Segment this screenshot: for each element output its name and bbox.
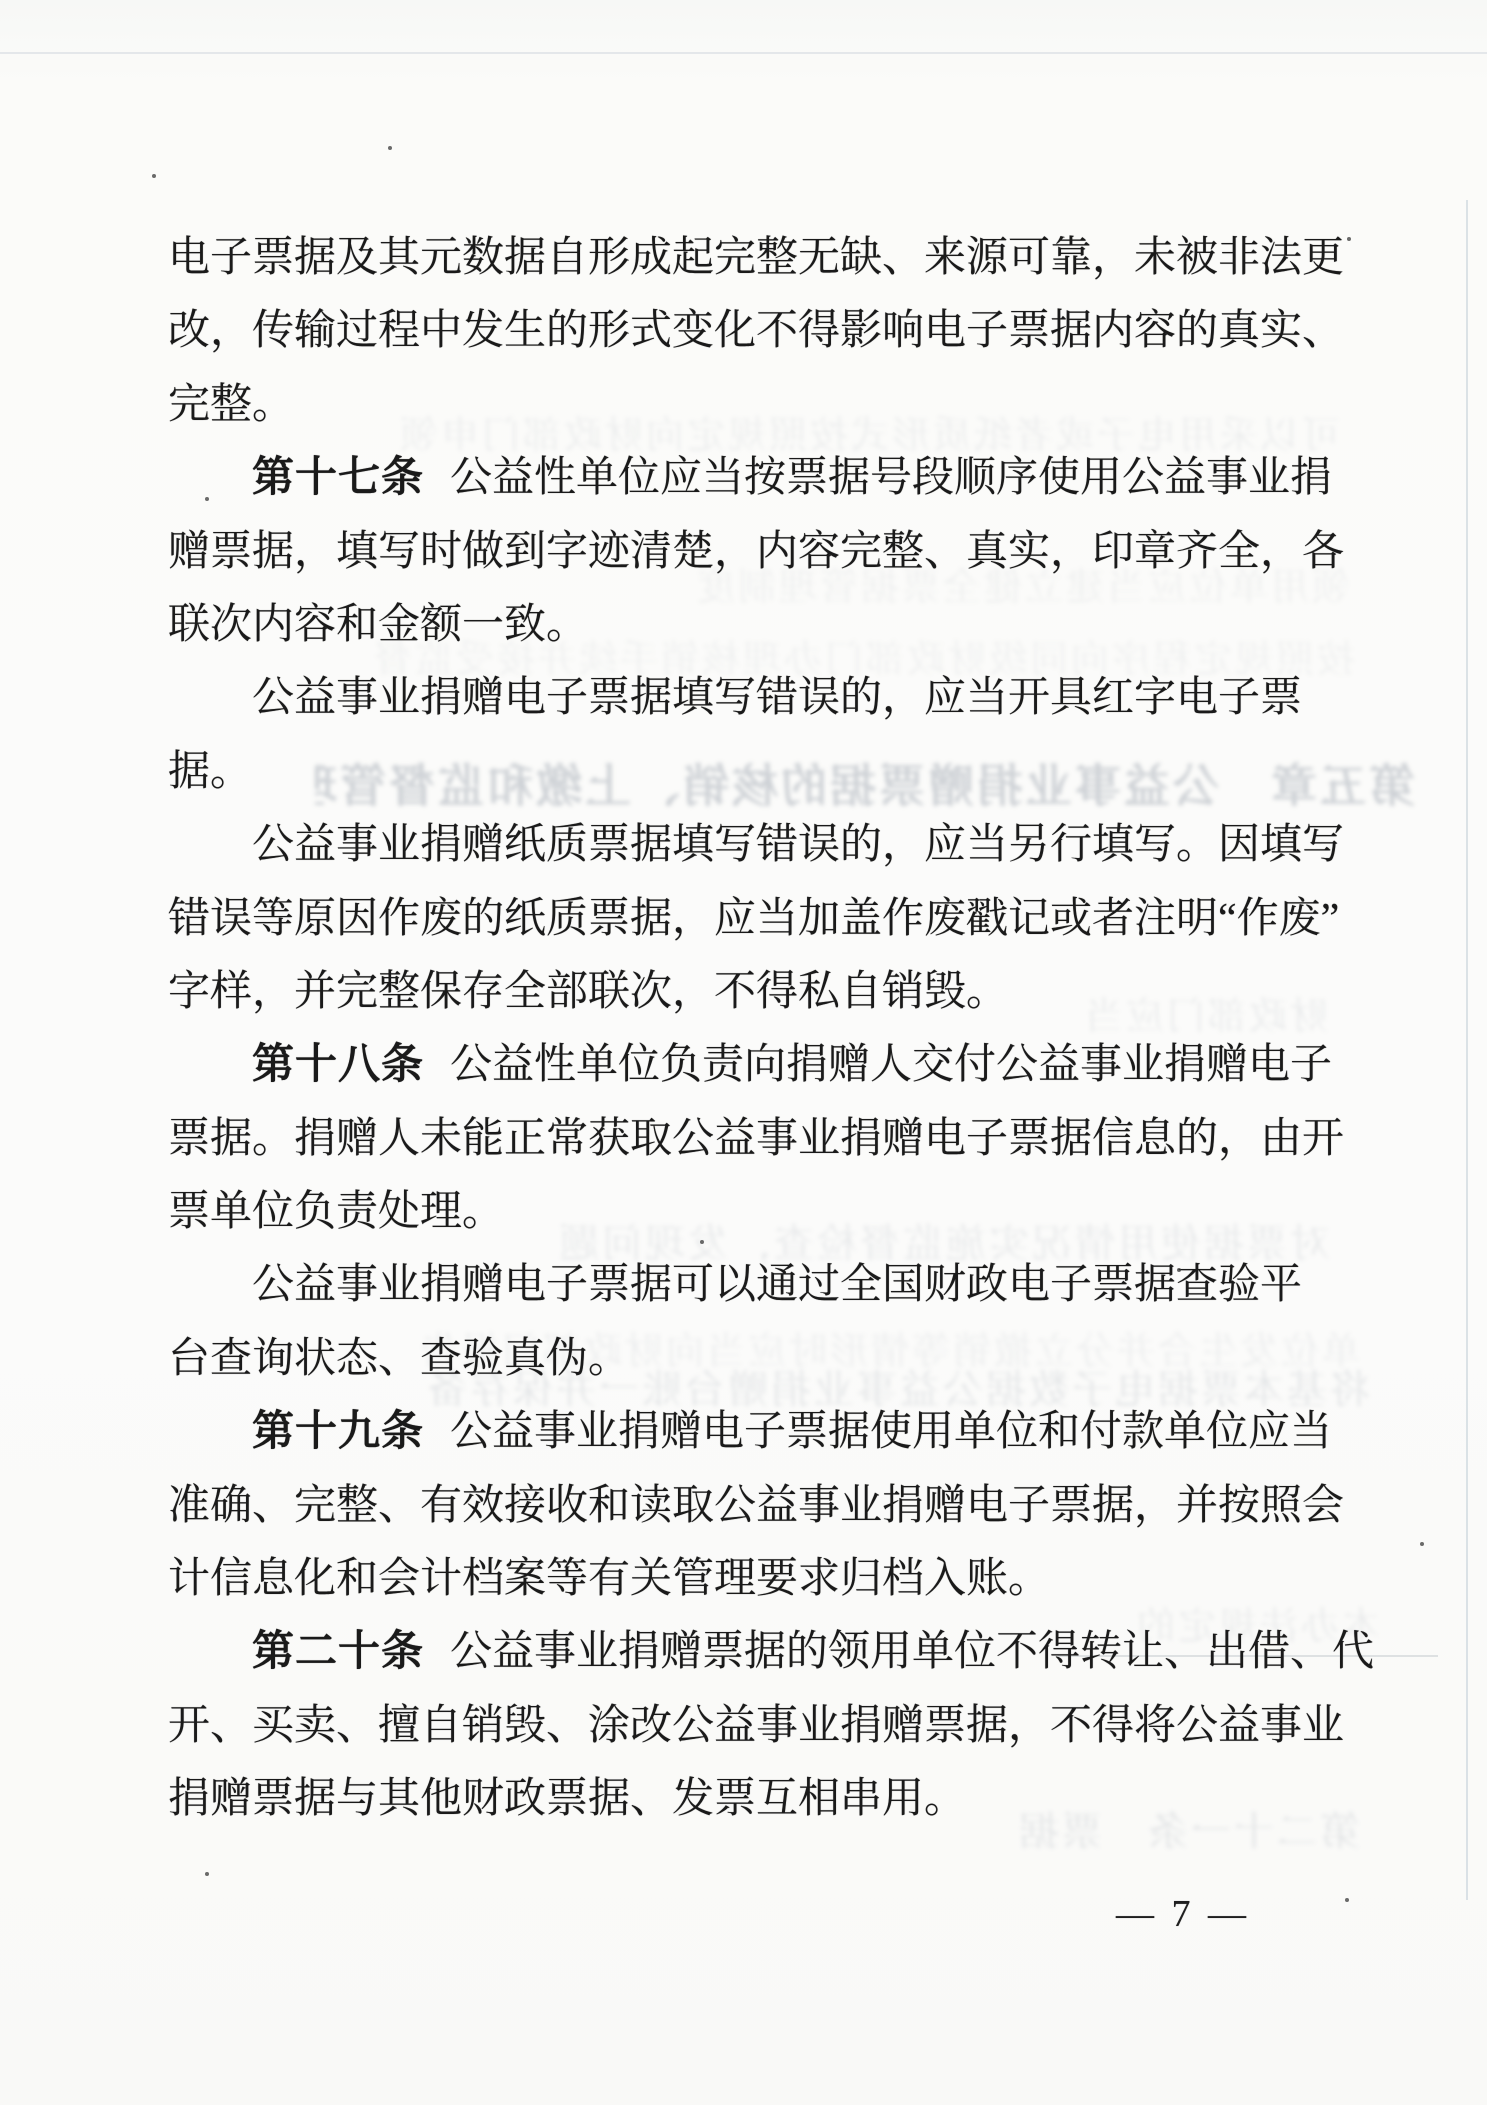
- scanned-document-page: 可以采用电子或者纸质形式按照规定向财政部门申领领用单位应当建立健全票据管理制度按…: [0, 0, 1487, 2105]
- article-text: 公益性单位负责向捐赠人交付公益事业捐赠电子: [450, 1042, 1332, 1088]
- article-number: 第十七条: [252, 455, 424, 501]
- text-line: 开、买卖、擅自销毁、涂改公益事业捐赠票据，不得将公益事业: [168, 1690, 1353, 1763]
- article-number: 第十九条: [252, 1409, 424, 1455]
- text-line: 第十九条公益事业捐赠电子票据使用单位和付款单位应当: [168, 1396, 1353, 1469]
- text-line: 准确、完整、有效接收和读取公益事业捐赠电子票据，并按照会: [168, 1470, 1353, 1543]
- text-line: 第十七条公益性单位应当按票据号段顺序使用公益事业捐: [168, 442, 1353, 515]
- scan-speck: [1345, 1898, 1349, 1902]
- article-number: 第二十条: [252, 1629, 424, 1675]
- text-line: 捐赠票据与其他财政票据、发票互相串用。: [168, 1763, 1353, 1836]
- scan-speck: [152, 174, 156, 178]
- text-line: 票据。捐赠人未能正常获取公益事业捐赠电子票据信息的，由开: [168, 1103, 1353, 1176]
- text-line: 公益事业捐赠纸质票据填写错误的，应当另行填写。因填写: [168, 809, 1353, 882]
- text-line: 计信息化和会计档案等有关管理要求归档入账。: [168, 1543, 1353, 1616]
- text-line: 据。: [168, 736, 1353, 809]
- scan-speck: [205, 497, 209, 501]
- scan-speck: [205, 1872, 209, 1876]
- article-number: 第十八条: [252, 1042, 424, 1088]
- scan-top-rule: [0, 52, 1487, 54]
- scan-speck: [1420, 1542, 1424, 1546]
- text-line: 联次内容和金额一致。: [168, 589, 1353, 662]
- article-text: 公益事业捐赠电子票据使用单位和付款单位应当: [450, 1409, 1332, 1455]
- article-text: 公益事业捐赠票据的领用单位不得转让、出借、代: [450, 1629, 1374, 1675]
- text-line: 票单位负责处理。: [168, 1176, 1353, 1249]
- text-line: 第十八条公益性单位负责向捐赠人交付公益事业捐赠电子: [168, 1029, 1353, 1102]
- text-line: 台查询状态、查验真伪。: [168, 1323, 1353, 1396]
- text-line: 公益事业捐赠电子票据可以通过全国财政电子票据查验平: [168, 1249, 1353, 1322]
- text-line: 完整。: [168, 369, 1353, 442]
- scan-speck: [1271, 486, 1275, 490]
- scan-speck: [1347, 237, 1351, 241]
- text-line: 字样，并完整保存全部联次，不得私自销毁。: [168, 956, 1353, 1029]
- page-number: — 7 —: [1116, 1892, 1250, 1936]
- article-text: 公益性单位应当按票据号段顺序使用公益事业捐: [450, 455, 1332, 501]
- scan-speck: [388, 146, 392, 150]
- scan-speck: [1177, 1268, 1181, 1272]
- text-line: 改，传输过程中发生的形式变化不得影响电子票据内容的真实、: [168, 295, 1353, 368]
- document-body: 电子票据及其元数据自形成起完整无缺、来源可靠，未被非法更改，传输过程中发生的形式…: [168, 222, 1353, 1837]
- text-line: 赠票据，填写时做到字迹清楚，内容完整、真实，印章齐全，各: [168, 516, 1353, 589]
- text-line: 电子票据及其元数据自形成起完整无缺、来源可靠，未被非法更: [168, 222, 1353, 295]
- scan-speck: [700, 1240, 704, 1244]
- text-line: 第二十条公益事业捐赠票据的领用单位不得转让、出借、代: [168, 1616, 1353, 1689]
- text-line: 公益事业捐赠电子票据填写错误的，应当开具红字电子票: [168, 662, 1353, 735]
- scan-fold-line: [1466, 200, 1468, 1900]
- text-line: 错误等原因作废的纸质票据，应当加盖作废戳记或者注明“作废”: [168, 883, 1353, 956]
